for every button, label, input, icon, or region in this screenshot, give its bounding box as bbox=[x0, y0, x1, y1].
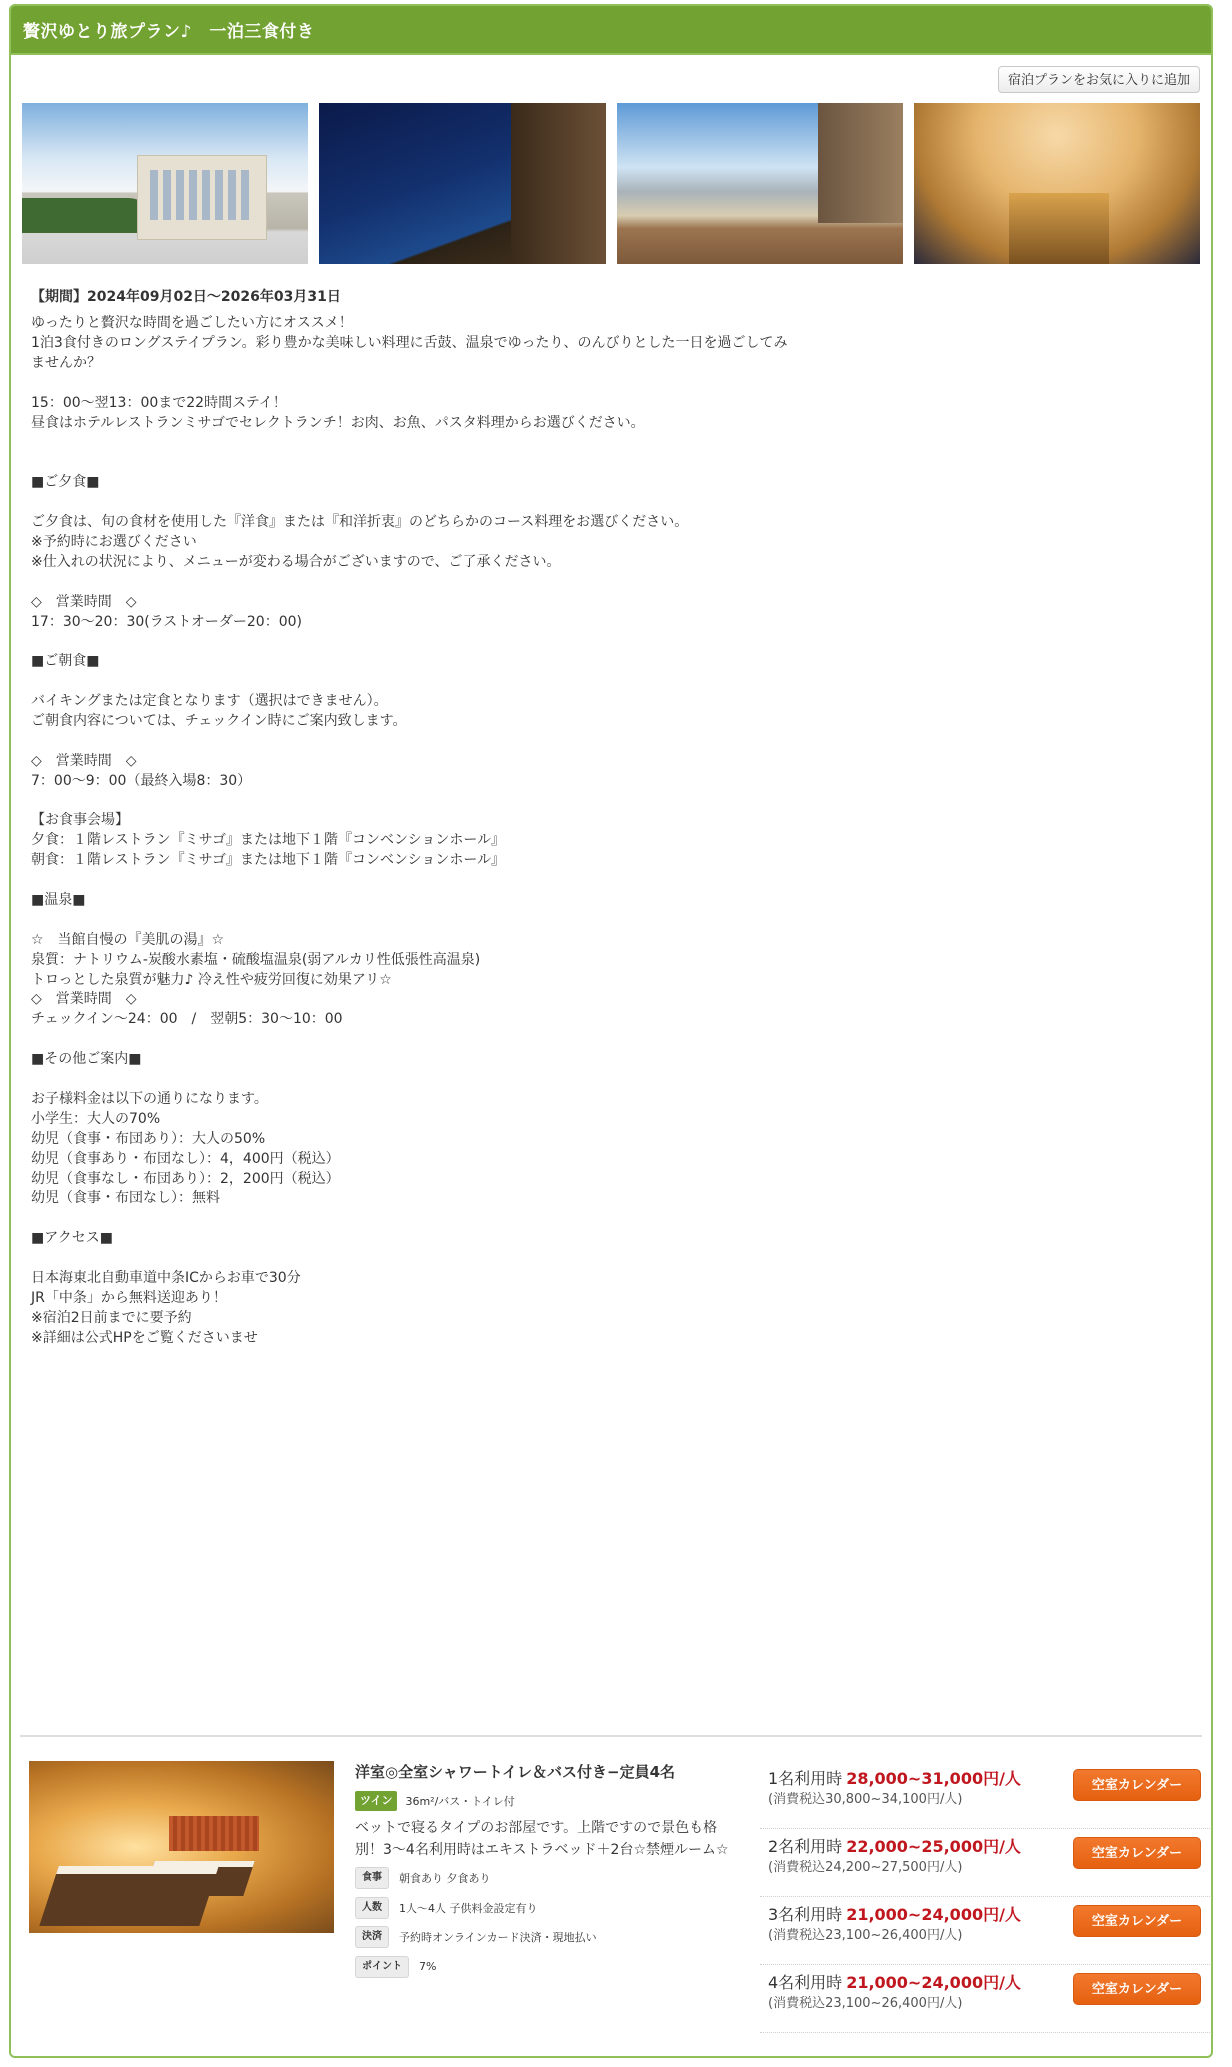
description-line: 15：00～翌13：00まで22時間ステイ！ bbox=[31, 390, 1194, 410]
room-type-badge: ツイン bbox=[355, 1791, 397, 1811]
price-amount: 22,000~25,000円/人 bbox=[846, 1837, 1021, 1856]
price-row: 1名利用時28,000~31,000円/人 (消費税込30,800~34,100… bbox=[760, 1761, 1212, 1829]
description-line: 小学生：大人の70% bbox=[31, 1106, 1194, 1126]
description-line bbox=[31, 628, 1194, 648]
description-line: ◇ 営業時間 ◇ bbox=[31, 986, 1194, 1006]
description-line: ご夕食は、旬の食材を使用した『洋食』または『和洋折衷』のどちらかのコース料理をお… bbox=[31, 509, 1194, 529]
description-line bbox=[31, 1245, 1194, 1265]
price-main: 3名利用時21,000~24,000円/人 bbox=[768, 1902, 1021, 1925]
price-tax-included: (消費税込30,800~34,100円/人) bbox=[768, 1788, 962, 1807]
price-row: 2名利用時22,000~25,000円/人 (消費税込24,200~27,500… bbox=[760, 1829, 1212, 1897]
description-line: ◇ 営業時間 ◇ bbox=[31, 589, 1194, 609]
occupancy-label: 1名利用時 bbox=[768, 1769, 842, 1788]
attribute-guests: 人数 1人～4人 子供料金設定有り bbox=[355, 1897, 745, 1919]
building-shape bbox=[137, 155, 267, 240]
attribute-label: 決済 bbox=[355, 1926, 389, 1948]
bed-shape bbox=[39, 1866, 218, 1926]
entrance-photo[interactable] bbox=[914, 103, 1200, 264]
curtain-shape bbox=[169, 1816, 259, 1851]
description-line: ■ご朝食■ bbox=[31, 648, 1194, 668]
room-attributes: 食事 朝食あり 夕食あり 人数 1人～4人 子供料金設定有り 決済 予約時オンラ… bbox=[355, 1867, 745, 1978]
description-line: 7：00～9：00（最終入場8：30） bbox=[31, 768, 1194, 788]
description-line: ◇ 営業時間 ◇ bbox=[31, 748, 1194, 768]
favorite-row: 宿泊プランをお気に入りに追加 bbox=[11, 55, 1211, 93]
price-main: 2名利用時22,000~25,000円/人 bbox=[768, 1834, 1021, 1857]
description-line bbox=[31, 668, 1194, 688]
description-line bbox=[31, 489, 1194, 509]
room-size: 36m²/バス・トイレ付 bbox=[405, 1793, 514, 1809]
plan-period: 【期間】2024年09月02日～2026年03月31日 bbox=[31, 284, 1194, 310]
description-line: 日本海東北自動車道中条ICからお車で30分 bbox=[31, 1265, 1194, 1285]
description-line bbox=[31, 1066, 1194, 1086]
plan-description: 【期間】2024年09月02日～2026年03月31日ゆったりと贅沢な時間を過ご… bbox=[11, 264, 1211, 1345]
description-line: 1泊3食付きのロングステイプラン。彩り豊かな美味しい料理に舌鼓、温泉でゆったり、… bbox=[31, 330, 1194, 350]
price-amount: 28,000~31,000円/人 bbox=[846, 1769, 1021, 1788]
attribute-label: 食事 bbox=[355, 1867, 389, 1889]
room-info: 洋室◎全室シャワートイレ＆バス付き−定員4名 ツイン 36m²/バス・トイレ付 … bbox=[355, 1761, 745, 1985]
description-line: ※仕入れの状況により、メニューが変わる場合がございますので、ご了承ください。 bbox=[31, 549, 1194, 569]
description-line bbox=[31, 788, 1194, 808]
room-name[interactable]: 洋室◎全室シャワートイレ＆バス付き−定員4名 bbox=[355, 1761, 745, 1783]
description-line: 朝食：１階レストラン『ミサゴ』または地下１階『コンベンションホール』 bbox=[31, 847, 1194, 867]
attribute-points: ポイント 7% bbox=[355, 1956, 745, 1978]
price-list: 1名利用時28,000~31,000円/人 (消費税込30,800~34,100… bbox=[760, 1761, 1212, 2033]
description-line: 17：30～20：30(ラストオーダー20：00) bbox=[31, 609, 1194, 629]
wall-shape bbox=[511, 103, 606, 264]
description-line: JR「中条」から無料送迎あり！ bbox=[31, 1285, 1194, 1305]
occupancy-label: 2名利用時 bbox=[768, 1837, 842, 1856]
description-line: 昼食はホテルレストランミサゴでセレクトランチ！お肉、お魚、パスタ料理からお選びく… bbox=[31, 410, 1194, 430]
vacancy-calendar-button[interactable]: 空室カレンダー bbox=[1073, 1905, 1201, 1937]
description-line: 夕食：１階レストラン『ミサゴ』または地下１階『コンベンションホール』 bbox=[31, 827, 1194, 847]
description-line: ※宿泊2日前までに要予約 bbox=[31, 1305, 1194, 1325]
description-line: トロっとした泉質が魅力♪ 冷え性や疲労回復に効果アリ☆ bbox=[31, 967, 1194, 987]
description-line bbox=[31, 370, 1194, 390]
description-line: 幼児（食事・布団なし）：無料 bbox=[31, 1185, 1194, 1205]
description-line bbox=[31, 728, 1194, 748]
description-line: 泉質：ナトリウム-炭酸水素塩・硫酸塩温泉(弱アルカリ性低張性高温泉) bbox=[31, 947, 1194, 967]
occupancy-label: 4名利用時 bbox=[768, 1973, 842, 1992]
occupancy-label: 3名利用時 bbox=[768, 1905, 842, 1924]
price-tax-included: (消費税込23,100~26,400円/人) bbox=[768, 1992, 962, 2011]
hotel-exterior-photo[interactable] bbox=[22, 103, 308, 264]
plan-card: 贅沢ゆとり旅プラン♪ 一泊三食付き 宿泊プランをお気に入りに追加 【期間】202… bbox=[9, 4, 1213, 2058]
room-photo[interactable] bbox=[29, 1761, 334, 1933]
description-line bbox=[31, 430, 1194, 450]
plan-photo-gallery bbox=[11, 103, 1211, 264]
description-line: 幼児（食事なし・布団あり）：2，200円（税込） bbox=[31, 1166, 1194, 1186]
description-line: バイキングまたは定食となります（選択はできません）。 bbox=[31, 688, 1194, 708]
room-type-row: ツイン 36m²/バス・トイレ付 bbox=[355, 1791, 745, 1811]
attribute-meal: 食事 朝食あり 夕食あり bbox=[355, 1867, 745, 1889]
description-line: お子様料金は以下の通りになります。 bbox=[31, 1086, 1194, 1106]
vacancy-calendar-button[interactable]: 空室カレンダー bbox=[1073, 1769, 1201, 1801]
price-row: 3名利用時21,000~24,000円/人 (消費税込23,100~26,400… bbox=[760, 1897, 1212, 1965]
price-tax-included: (消費税込24,200~27,500円/人) bbox=[768, 1856, 962, 1875]
room-description: ベットで寝るタイプのお部屋です。上階ですので景色も格別！3～4名利用時はエキスト… bbox=[355, 1817, 745, 1861]
open-air-bath-photo[interactable] bbox=[617, 103, 903, 264]
add-to-favorites-button[interactable]: 宿泊プランをお気に入りに追加 bbox=[998, 66, 1200, 93]
description-line: チェックイン～24：00 / 翌朝5：30～10：00 bbox=[31, 1006, 1194, 1026]
description-line bbox=[31, 569, 1194, 589]
description-line: 幼児（食事あり・布団なし）：4，400円（税込） bbox=[31, 1146, 1194, 1166]
description-line: ■ご夕食■ bbox=[31, 469, 1194, 489]
attribute-label: 人数 bbox=[355, 1897, 389, 1919]
description-line bbox=[31, 1205, 1194, 1225]
description-line: ゆったりと贅沢な時間を過ごしたい方にオススメ！ bbox=[31, 310, 1194, 330]
plan-title: 贅沢ゆとり旅プラン♪ 一泊三食付き bbox=[23, 17, 314, 42]
description-line bbox=[31, 449, 1194, 469]
description-line bbox=[31, 1026, 1194, 1046]
description-line: ※詳細は公式HPをご覧くださいませ bbox=[31, 1325, 1194, 1345]
description-line: ご朝食内容については、チェックイン時にご案内致します。 bbox=[31, 708, 1194, 728]
description-line: ませんか？ bbox=[31, 350, 1194, 370]
price-amount: 21,000~24,000円/人 bbox=[846, 1973, 1021, 1992]
price-row: 4名利用時21,000~24,000円/人 (消費税込23,100~26,400… bbox=[760, 1965, 1212, 2033]
price-tax-included: (消費税込23,100~26,400円/人) bbox=[768, 1924, 962, 1943]
description-line: ■温泉■ bbox=[31, 887, 1194, 907]
vacancy-calendar-button[interactable]: 空室カレンダー bbox=[1073, 1837, 1201, 1869]
description-line bbox=[31, 907, 1194, 927]
wall-shape bbox=[818, 103, 903, 223]
attribute-payment: 決済 予約時オンラインカード決済・現地払い bbox=[355, 1926, 745, 1948]
price-amount: 21,000~24,000円/人 bbox=[846, 1905, 1021, 1924]
description-line: 【お食事会場】 bbox=[31, 807, 1194, 827]
description-line: 幼児（食事・布団あり）：大人の50% bbox=[31, 1126, 1194, 1146]
price-main: 4名利用時21,000~24,000円/人 bbox=[768, 1970, 1021, 1993]
description-line: ■アクセス■ bbox=[31, 1225, 1194, 1245]
price-main: 1名利用時28,000~31,000円/人 bbox=[768, 1766, 1021, 1789]
door-shape bbox=[1009, 193, 1109, 264]
description-line bbox=[31, 867, 1194, 887]
section-divider bbox=[20, 1735, 1202, 1737]
description-lines: ゆったりと贅沢な時間を過ごしたい方にオススメ！1泊3食付きのロングステイプラン。… bbox=[31, 310, 1194, 1344]
night-sky-terrace-photo[interactable] bbox=[319, 103, 605, 264]
attribute-value: 1人～4人 子供料金設定有り bbox=[399, 1900, 538, 1916]
description-line: ※予約時にお選びください bbox=[31, 529, 1194, 549]
vacancy-calendar-button[interactable]: 空室カレンダー bbox=[1073, 1973, 1201, 2005]
attribute-label: ポイント bbox=[355, 1956, 409, 1978]
attribute-value: 朝食あり 夕食あり bbox=[399, 1870, 491, 1886]
description-line: ■その他ご案内■ bbox=[31, 1046, 1194, 1066]
attribute-value: 7% bbox=[419, 1960, 436, 1973]
plan-header: 贅沢ゆとり旅プラン♪ 一泊三食付き bbox=[11, 6, 1211, 55]
attribute-value: 予約時オンラインカード決済・現地払い bbox=[399, 1929, 597, 1945]
description-line: ☆ 当館自慢の『美肌の湯』☆ bbox=[31, 927, 1194, 947]
